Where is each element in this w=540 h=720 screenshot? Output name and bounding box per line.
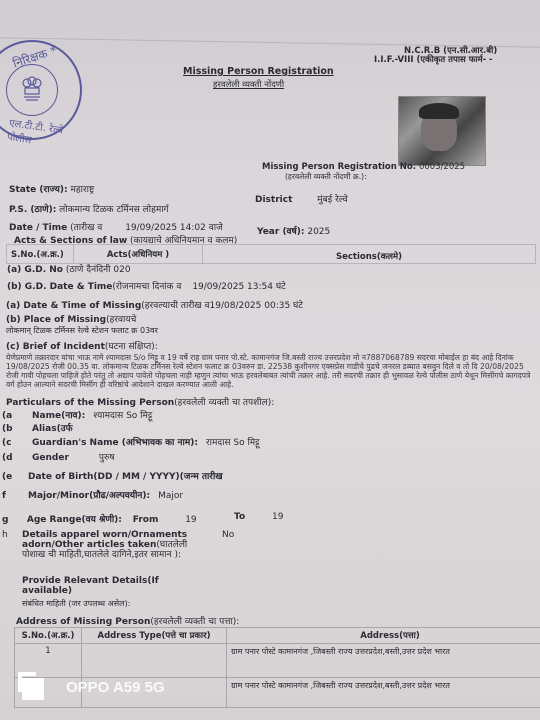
national-emblem-icon — [19, 75, 45, 105]
stamp-text-bottom: एल.टी.टी. रेल्वे पोलीस — [6, 115, 81, 153]
particulars-row-label: Date of Birth(DD / MM / YYYY)(जन्म तारीख — [28, 472, 223, 482]
acts-header-acts: Acts(अधिनियम ) — [74, 245, 203, 264]
apparel-label: Details apparel worn/Ornaments adorn/Oth… — [22, 530, 212, 560]
age-from-label: From — [133, 515, 159, 525]
address-label-marathi: (हरवलेली व्यक्ती चा पत्ता): — [150, 617, 239, 627]
state-row: State (राज्य): महाराष्ट्र — [9, 182, 94, 195]
particulars-row-index: (d — [2, 453, 32, 463]
datetime-label-marathi: (तारीख व — [70, 223, 102, 233]
ps-value: लोकमान्य टिळक टर्मिनस लोहमार्ग — [59, 205, 168, 215]
age-to-value: 19 — [272, 512, 283, 522]
age-range-label: Age Range(वय श्रेणी): — [27, 515, 122, 525]
age-range-row: g Age Range(वय श्रेणी): From 19 To 19 — [2, 512, 302, 525]
particulars-heading: Particulars of the Missing Person(हरवलेल… — [6, 395, 274, 408]
particulars-row: (dGenderपुरुष — [2, 450, 115, 463]
datetime-value: 19/09/2025 14:02 वाजे — [125, 223, 223, 233]
particulars-row-label: Name(नाव): — [32, 411, 85, 421]
particulars-row: fMajor/Minor(प्रौढ/अल्पवयीन):Major — [2, 488, 183, 501]
brief-heading: (c) Brief of Incident(घटना संक्षिप्त): — [6, 339, 158, 352]
acts-table-header: S.No.(अ.क्र.) Acts(अधिनियम ) Sections(कल… — [7, 245, 536, 264]
address-row-address: ग्राम पनार पोस्टे कामानगंज ,जिबस्ती राज्… — [227, 678, 540, 708]
address-heading: Address of Missing Person(हरवलेली व्यक्त… — [16, 614, 239, 627]
particulars-row: (cGuardian's Name (अभिभावक का नाम):रामदा… — [2, 435, 260, 448]
address-header-sno: S.No.(अ.क्र.) — [15, 628, 82, 644]
gd-no-value: 020 — [113, 265, 130, 275]
particulars-row-label: Guardian's Name (अभिभावक का नाम): — [32, 438, 198, 448]
missing-datetime-label: (a) Date & Time of Missing — [6, 301, 141, 311]
year-label: Year (वर्ष): — [257, 227, 304, 237]
camera-watermark: OPPO A59 5G — [18, 672, 165, 702]
brief-label-marathi: (घटना संक्षिप्त): — [105, 342, 158, 352]
brief-of-incident-text: येणेप्रमाणे तक्रारदार यांचा भाऊ नामे श्य… — [6, 353, 536, 389]
registration-label-text: Missing Person Registration No. — [262, 162, 416, 172]
address-row-address: ग्राम पनार पोस्टे कामानगंज ,जिबस्ती राज्… — [227, 644, 540, 678]
gd-date-label-marathi: (रोजनामचा दिनांक व — [112, 282, 181, 292]
particulars-row-label: Gender — [32, 453, 69, 463]
particulars-label-marathi: (हरवलेली व्यक्ती चा तपशील): — [174, 398, 274, 408]
particulars-row: (bAlias(उर्फ — [2, 421, 81, 434]
apparel-index: h — [2, 530, 8, 540]
missing-place-row: (b) Place of Missing(हरवायचे — [6, 312, 136, 325]
acts-header-sno: S.No.(अ.क्र.) — [7, 245, 74, 264]
acts-header-sections: Sections(कलमे) — [203, 245, 536, 264]
watermark-text: OPPO A59 5G — [66, 679, 165, 696]
particulars-row: (aName(नाव):श्यामदास So मिट्टू — [2, 408, 152, 421]
acts-table: S.No.(अ.क्र.) Acts(अधिनियम ) Sections(कल… — [6, 244, 536, 264]
state-label: State (राज्य): — [9, 185, 68, 195]
brief-label: (c) Brief of Incident — [6, 342, 105, 352]
registration-label: Missing Person Registration No. 0003/202… — [262, 162, 465, 172]
registration-label-marathi: (हरवलेली व्यक्ती नोंदणी क्र.): — [285, 172, 367, 182]
particulars-row-index: (a — [2, 411, 32, 421]
relevant-details-label: Provide Relevant Details(If available) — [22, 576, 172, 596]
year-value: 2025 — [307, 227, 330, 237]
stamp-inner-ring — [6, 64, 58, 116]
district-value: मुंबई रेल्वे — [317, 195, 348, 205]
particulars-label: Particulars of the Missing Person — [6, 398, 174, 408]
particulars-row-index: (c — [2, 438, 32, 448]
missing-datetime-value: 19/08/2025 00:35 घंटे — [210, 301, 303, 311]
gd-no-label-marathi: (ठाणे दैनंदिनी — [66, 265, 111, 275]
gd-date-value: 19/09/2025 13:54 घंटे — [192, 282, 285, 292]
particulars-row-value: Major — [158, 491, 183, 501]
relevant-details-label-marathi: संबंधित माहिती (जर उपलब्ध असेल): — [22, 598, 130, 609]
missing-place-label: (b) Place of Missing — [6, 315, 106, 325]
datetime-row: Date / Time (तारीख व 19/09/2025 14:02 वा… — [9, 220, 223, 233]
particulars-row-index: (b — [2, 424, 32, 434]
particulars-row: (eDate of Birth(DD / MM / YYYY)(जन्म तार… — [2, 469, 231, 482]
missing-datetime-label-marathi: (हरवल्याची तारीख व — [141, 301, 209, 311]
gd-date-row: (b) G.D. Date & Time(रोजनामचा दिनांक व 1… — [7, 279, 286, 292]
district-label: District — [255, 195, 292, 205]
particulars-row-value: रामदास So मिट्टू — [206, 438, 260, 448]
police-stamp: निरिक्षक * एल.टी.टी. रेल्वे पोलीस — [0, 40, 82, 140]
year-row: Year (वर्ष): 2025 — [257, 224, 330, 237]
state-value: महाराष्ट्र — [70, 185, 94, 195]
age-to-label: To — [234, 512, 245, 522]
particulars-row-value: पुरुष — [99, 453, 115, 463]
photo-top-margin — [0, 0, 540, 30]
iif-label: I.I.F.-VIII (एकीकृत तपास फार्म- - — [374, 54, 493, 65]
particulars-row-value: श्यामदास So मिट्टू — [93, 411, 152, 421]
gd-no-row: (a) G.D. No (ठाणे दैनंदिनी 020 — [7, 262, 131, 275]
gd-no-label: (a) G.D. No — [7, 265, 63, 275]
hair-shape — [419, 103, 459, 119]
missing-place-value: लोकमान् टिळक टर्मिनस रेल्वे स्टेशन फलाट … — [6, 325, 158, 336]
address-label: Address of Missing Person — [16, 617, 150, 627]
age-index: g — [2, 515, 24, 525]
missing-place-label-marathi: (हरवायचे — [106, 315, 136, 325]
particulars-row-label: Major/Minor(प्रौढ/अल्पवयीन): — [28, 491, 150, 501]
registration-number: 0003/2025 — [419, 162, 465, 172]
district-row: District मुंबई रेल्वे — [255, 192, 348, 205]
page-title-marathi: हरवलेली व्यक्ती नोंदणी — [213, 79, 284, 90]
missing-datetime-row: (a) Date & Time of Missing(हरवल्याची तार… — [6, 298, 303, 311]
datetime-label: Date / Time — [9, 223, 67, 233]
particulars-row-label: Alias(उर्फ — [32, 424, 73, 434]
page-title: Missing Person Registration — [183, 66, 334, 77]
age-from-value: 19 — [185, 515, 196, 525]
missing-person-photo — [398, 96, 486, 166]
gd-date-label: (b) G.D. Date & Time — [7, 282, 112, 292]
ps-label: P.S. (ठाणे): — [9, 205, 56, 215]
particulars-row-index: f — [2, 491, 28, 501]
address-header-address: Address(पत्ता) — [227, 628, 540, 644]
particulars-row-index: (e — [2, 472, 28, 482]
ps-row: P.S. (ठाणे): लोकमान्य टिळक टर्मिनस लोहमा… — [9, 202, 169, 215]
address-header-type: Address Type(पत्ते चा प्रकार) — [82, 628, 227, 644]
document-page: निरिक्षक * एल.टी.टी. रेल्वे पोलीस N.C.R.… — [0, 30, 540, 720]
oppo-logo-icon — [18, 672, 52, 702]
address-table-header: S.No.(अ.क्र.) Address Type(पत्ते चा प्रक… — [15, 628, 540, 644]
apparel-value: No — [222, 530, 234, 540]
